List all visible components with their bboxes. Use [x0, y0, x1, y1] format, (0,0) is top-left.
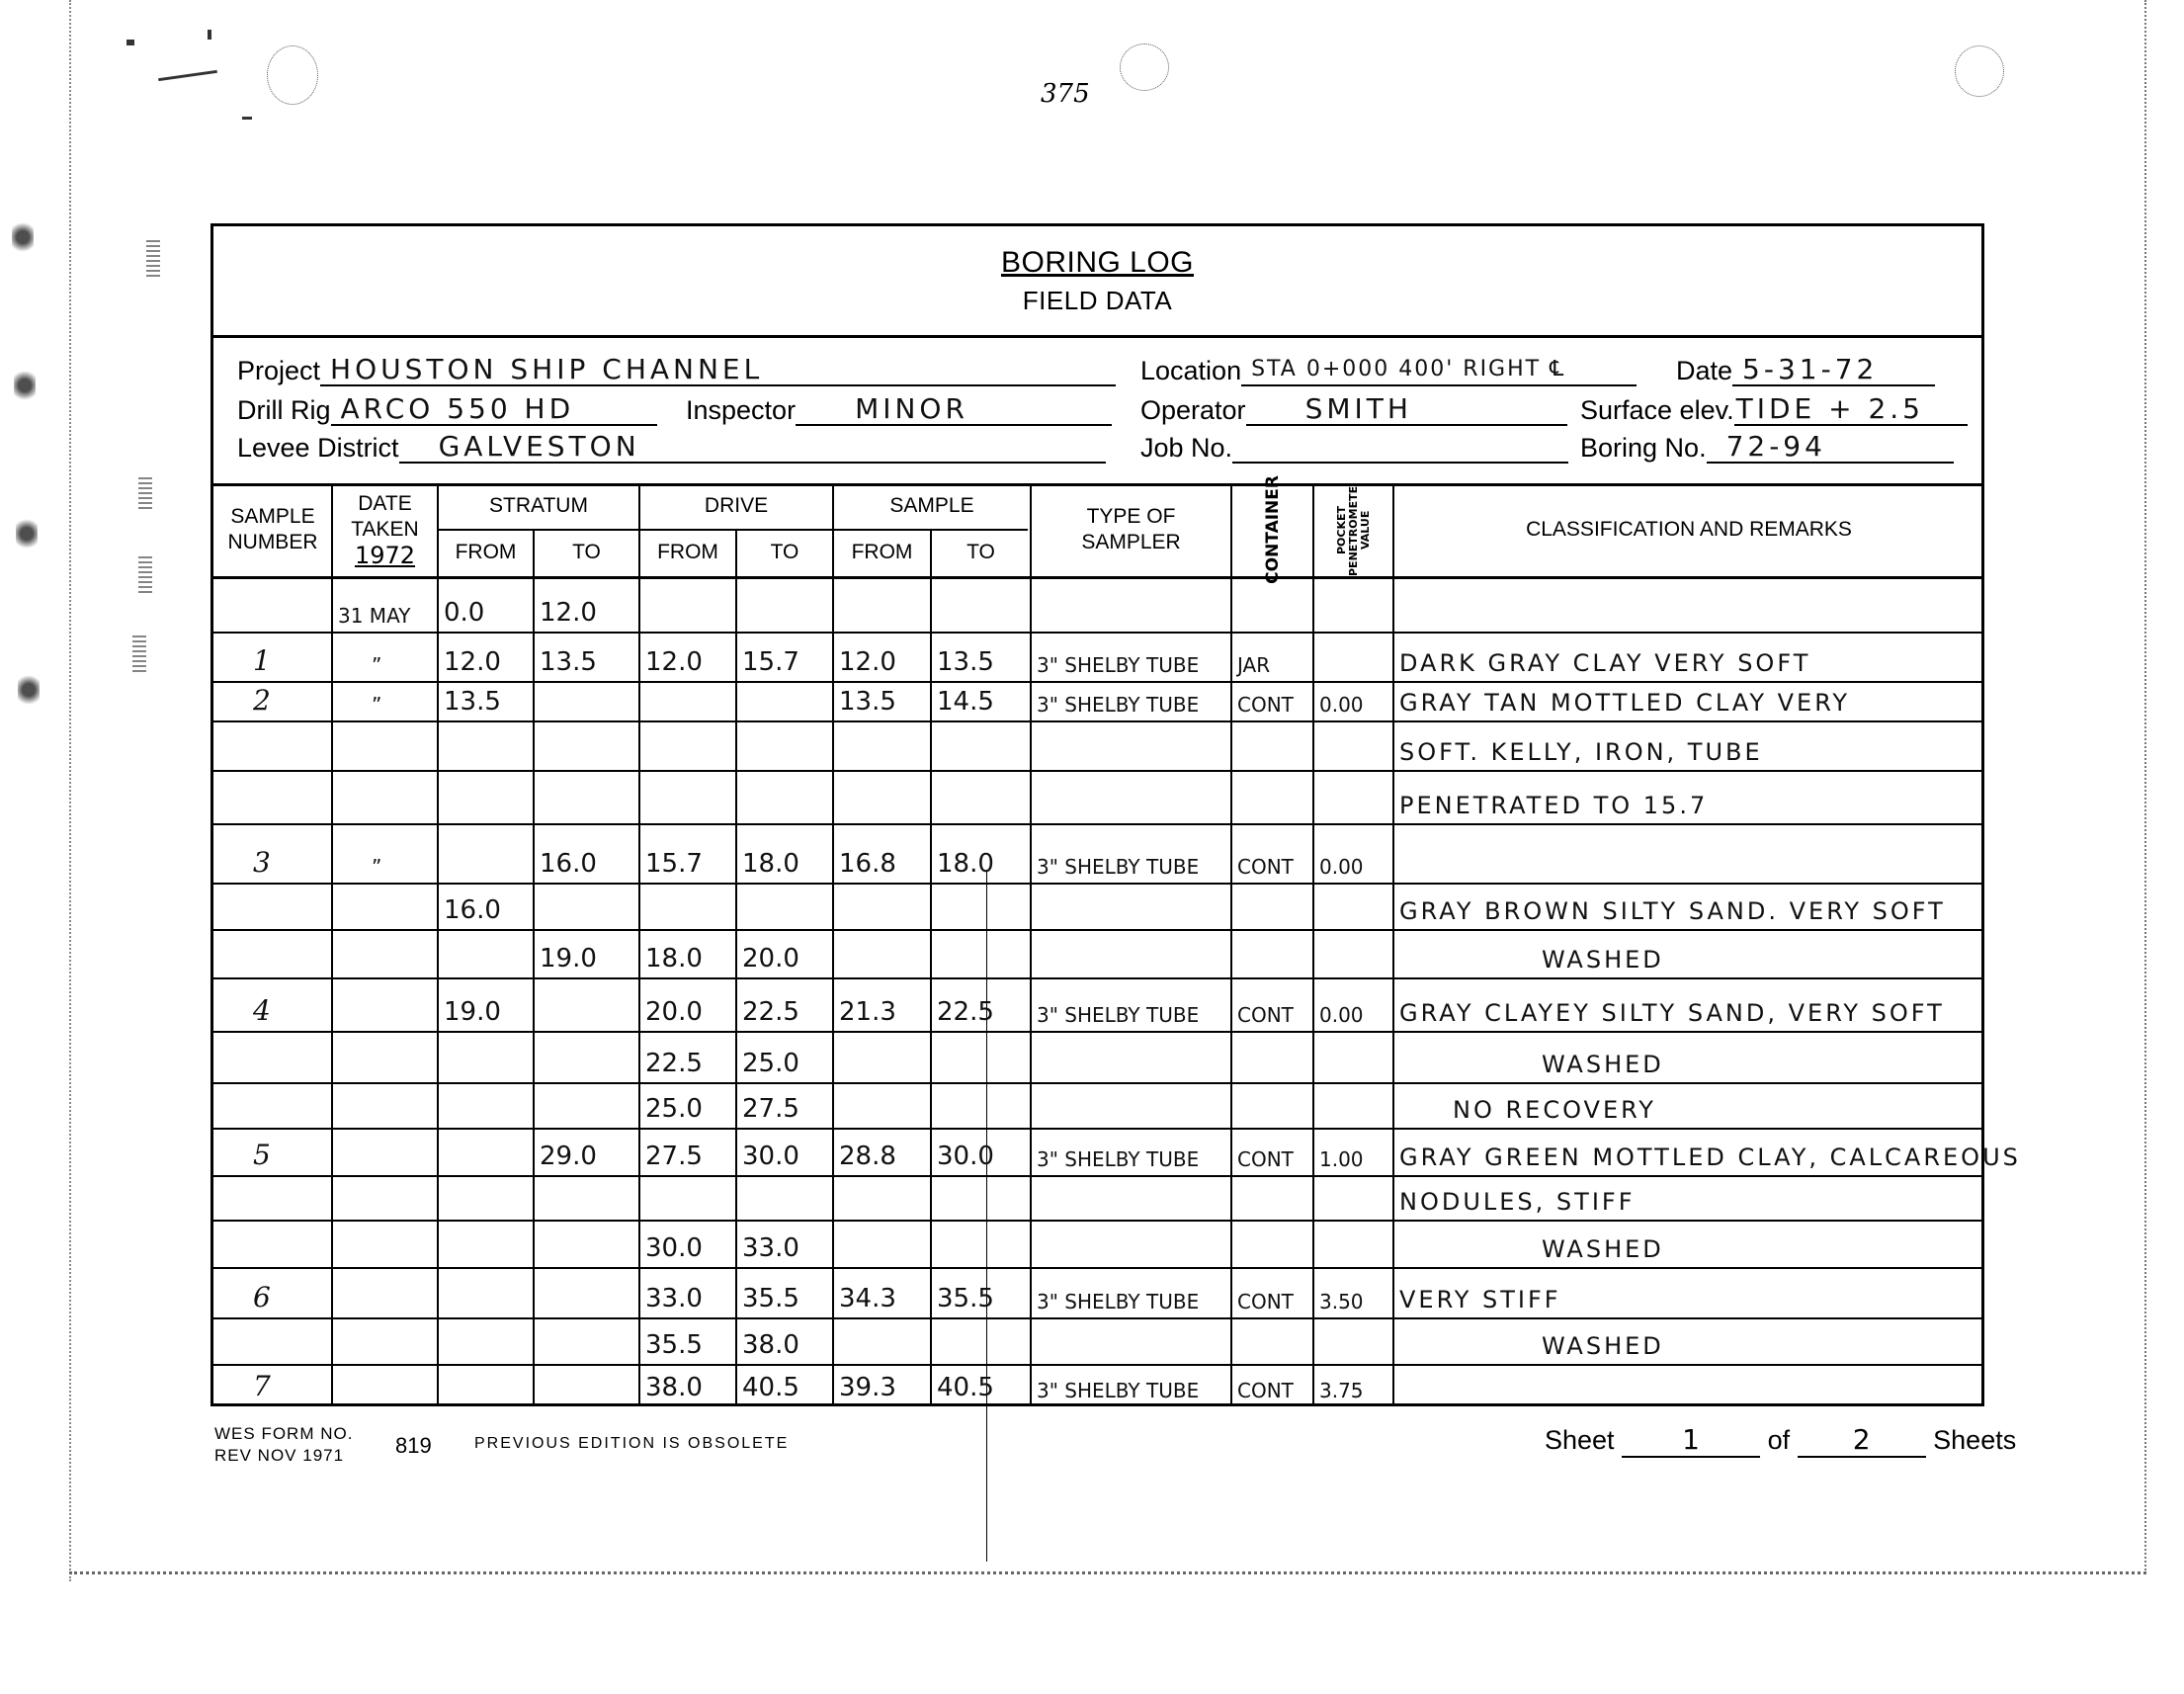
- cell-date: 31 MAY: [338, 604, 410, 628]
- drill-rig-value: ARCO 550 HD: [331, 392, 657, 426]
- levee-district-value: GALVESTON: [399, 430, 1106, 464]
- cell-drive-from: 35.5: [645, 1330, 703, 1360]
- location-value: STA 0+000 400' RIGHT ℄: [1241, 353, 1637, 386]
- scan-speck: [242, 117, 252, 120]
- binding-mark: [18, 672, 40, 708]
- cell-remarks: NODULES, STIFF: [1399, 1188, 1636, 1216]
- cell-remarks: WASHED: [1542, 946, 1664, 974]
- table-row: 633.035.534.335.53" SHELBY TUBECONT3.50V…: [213, 1267, 1984, 1317]
- cell-container: CONT: [1237, 1290, 1294, 1313]
- inspector-value: MINOR: [796, 392, 1112, 426]
- form-revision: REV NOV 1971: [214, 1445, 353, 1467]
- info-block: ProjectHOUSTON SHIP CHANNEL Drill RigARC…: [213, 335, 1981, 486]
- cell-sample-to: 14.5: [937, 687, 994, 717]
- drill-rig-field[interactable]: Drill RigARCO 550 HD: [237, 392, 657, 426]
- job-no-field[interactable]: Job No.: [1140, 430, 1568, 464]
- cell-sample-from: 34.3: [839, 1284, 896, 1313]
- cell-sample-from: 12.0: [839, 647, 896, 677]
- cell-sampler: 3" SHELBY TUBE: [1037, 653, 1199, 677]
- cell-drive-from: 22.5: [645, 1049, 703, 1078]
- cell-sample: 4: [253, 994, 271, 1027]
- cell-drive-from: 15.7: [645, 849, 703, 879]
- cell-sampler: 3" SHELBY TUBE: [1037, 1147, 1199, 1171]
- project-field[interactable]: ProjectHOUSTON SHIP CHANNEL: [237, 353, 1116, 386]
- table-row: 31 MAY0.012.0: [213, 576, 1984, 632]
- table-row: 25.027.5NO RECOVERY: [213, 1082, 1984, 1128]
- boring-no-value: 72-94: [1707, 430, 1954, 464]
- header-sample-number: SAMPLE NUMBER: [213, 483, 332, 576]
- header-drive: DRIVE: [639, 483, 833, 529]
- form-number: 819: [395, 1433, 432, 1459]
- cell-container: CONT: [1237, 1379, 1294, 1402]
- cell-pen: 0.00: [1319, 693, 1364, 717]
- cell-sample-from: 16.8: [839, 849, 896, 879]
- sheet-counter: Sheet 1 of 2 Sheets: [1545, 1423, 2016, 1458]
- surface-elev-label: Surface elev.: [1580, 395, 1734, 426]
- cell-sample-to: 30.0: [937, 1142, 994, 1171]
- cell-sampler: 3" SHELBY TUBE: [1037, 693, 1199, 717]
- table-row: 419.020.022.521.322.53" SHELBY TUBECONT0…: [213, 977, 1984, 1031]
- binding-mark: [16, 516, 38, 551]
- project-value: HOUSTON SHIP CHANNEL: [320, 353, 1116, 386]
- location-label: Location: [1140, 356, 1241, 386]
- cell-date: ”: [372, 653, 381, 677]
- cell-pen: 3.50: [1319, 1290, 1364, 1313]
- scan-stripe: [138, 474, 152, 509]
- boring-log-table: SAMPLE NUMBER DATE TAKEN 1972 STRATUM DR…: [213, 483, 1981, 1406]
- cell-drive-from: 12.0: [645, 647, 703, 677]
- surface-elev-field[interactable]: Surface elev.TIDE + 2.5: [1580, 392, 1968, 426]
- job-no-value: [1232, 430, 1568, 464]
- table-row: NODULES, STIFF: [213, 1175, 1984, 1220]
- form-title: BORING LOG: [213, 246, 1981, 280]
- surface-elev-value: TIDE + 2.5: [1734, 392, 1968, 426]
- cell-drive-from: 18.0: [645, 944, 703, 974]
- cell-remarks: GRAY TAN MOTTLED CLAY VERY: [1399, 689, 1850, 717]
- cell-sample: 7: [253, 1370, 271, 1402]
- inspector-label: Inspector: [686, 395, 796, 426]
- header-subdivider: [438, 529, 1028, 531]
- paper-edge-bottom: [69, 1571, 2146, 1574]
- header-stratum-from: FROM: [438, 529, 534, 576]
- cell-pen: 0.00: [1319, 1003, 1364, 1027]
- table-row: 19.018.020.0WASHED: [213, 929, 1984, 977]
- cell-remarks: WASHED: [1542, 1332, 1664, 1360]
- cell-sample: 3: [253, 846, 271, 879]
- cell-stratum-from: 12.0: [444, 647, 501, 677]
- levee-district-field[interactable]: Levee DistrictGALVESTON: [237, 430, 1106, 464]
- punch-hole-icon: [1120, 43, 1169, 91]
- cell-sample-from: 13.5: [839, 687, 896, 717]
- table-row: 738.040.539.340.53" SHELBY TUBECONT3.75: [213, 1364, 1984, 1406]
- header-date-taken: DATE TAKEN 1972: [332, 483, 438, 576]
- cell-drive-from: 20.0: [645, 997, 703, 1027]
- cell-drive-to: 38.0: [742, 1330, 799, 1360]
- cell-sample-from: 28.8: [839, 1142, 896, 1171]
- cell-drive-to: 35.5: [742, 1284, 799, 1313]
- date-value: 5-31-72: [1732, 353, 1935, 386]
- scan-stripe: [146, 237, 160, 277]
- cell-drive-to: 25.0: [742, 1049, 799, 1078]
- cell-remarks: NO RECOVERY: [1453, 1096, 1656, 1124]
- table-row: PENETRATED TO 15.7: [213, 770, 1984, 823]
- cell-sample: 1: [253, 644, 271, 677]
- form-title-block: BORING LOG FIELD DATA: [213, 226, 1981, 338]
- cell-sample-to: 18.0: [937, 849, 994, 879]
- cell-sampler: 3" SHELBY TUBE: [1037, 1003, 1199, 1027]
- obsolete-note: PREVIOUS EDITION IS OBSOLETE: [474, 1435, 789, 1453]
- inspector-field[interactable]: InspectorMINOR: [686, 392, 1112, 426]
- header-drive-from: FROM: [639, 529, 736, 576]
- scan-stripe: [138, 553, 152, 593]
- cell-sample-to: 22.5: [937, 997, 994, 1027]
- total-sheets-value[interactable]: 2: [1798, 1423, 1926, 1458]
- cell-sample-from: 39.3: [839, 1373, 896, 1402]
- cell-sampler: 3" SHELBY TUBE: [1037, 855, 1199, 879]
- cell-drive-to: 33.0: [742, 1233, 799, 1263]
- cell-sampler: 3" SHELBY TUBE: [1037, 1379, 1199, 1402]
- date-label: Date: [1676, 356, 1732, 386]
- cell-drive-from: 30.0: [645, 1233, 703, 1263]
- cell-date: ”: [372, 693, 381, 717]
- scan-speck: [208, 30, 211, 40]
- cell-remarks: SOFT. KELLY, IRON, TUBE: [1399, 738, 1763, 766]
- cell-stratum-from: 13.5: [444, 687, 501, 717]
- cell-sample-to: 13.5: [937, 647, 994, 677]
- cell-remarks: GRAY GREEN MOTTLED CLAY, CALCAREOUS: [1399, 1143, 2021, 1171]
- cell-drive-from: 27.5: [645, 1142, 703, 1171]
- cell-sample: 5: [253, 1139, 271, 1171]
- cell-pen: 0.00: [1319, 855, 1364, 879]
- cell-sample-from: 21.3: [839, 997, 896, 1027]
- location-field[interactable]: LocationSTA 0+000 400' RIGHT ℄: [1140, 353, 1637, 386]
- header-stratum: STRATUM: [438, 483, 639, 529]
- header-stratum-to: TO: [534, 529, 639, 576]
- scan-stripe: [132, 633, 146, 672]
- cell-remarks: DARK GRAY CLAY VERY SOFT: [1399, 649, 1810, 677]
- cell-drive-to: 40.5: [742, 1373, 799, 1402]
- punch-hole-icon: [1955, 45, 2004, 97]
- header-sample-from: FROM: [833, 529, 931, 576]
- cell-container: CONT: [1237, 1147, 1294, 1171]
- cell-sample: 2: [253, 684, 271, 717]
- cell-container: CONT: [1237, 855, 1294, 879]
- project-label: Project: [237, 356, 320, 386]
- cell-stratum-from: 19.0: [444, 997, 501, 1027]
- table-row: 2”13.513.514.53" SHELBY TUBECONT0.00GRAY…: [213, 681, 1984, 720]
- header-drive-to: TO: [736, 529, 833, 576]
- paper-edge-right: [2144, 0, 2146, 1573]
- cell-sampler: 3" SHELBY TUBE: [1037, 1290, 1199, 1313]
- form-no-label: WES FORM NO.: [214, 1423, 353, 1445]
- cell-sample-to: 35.5: [937, 1284, 994, 1313]
- scan-speck: [158, 70, 217, 81]
- boring-no-field[interactable]: Boring No.72-94: [1580, 430, 1954, 464]
- cell-remarks: PENETRATED TO 15.7: [1399, 792, 1708, 819]
- table-row: 16.0GRAY BROWN SILTY SAND. VERY SOFT: [213, 883, 1984, 929]
- of-label: of: [1768, 1425, 1791, 1455]
- header-sample-to: TO: [931, 529, 1031, 576]
- sheet-label: Sheet: [1545, 1425, 1615, 1455]
- table-row: 3”16.015.718.016.818.03" SHELBY TUBECONT…: [213, 823, 1984, 883]
- table-row: 1”12.013.512.015.712.013.53" SHELBY TUBE…: [213, 632, 1984, 681]
- header-pocket-penetrometer: POCKET PENETROMETER VALUE: [1313, 483, 1393, 576]
- sheet-value[interactable]: 1: [1622, 1423, 1760, 1458]
- job-no-label: Job No.: [1140, 433, 1232, 464]
- table-row: 529.027.530.028.830.03" SHELBY TUBECONT1…: [213, 1128, 1984, 1175]
- header-sample: SAMPLE: [833, 483, 1031, 529]
- header-container: CONTAINER: [1231, 483, 1313, 576]
- table-row: SOFT. KELLY, IRON, TUBE: [213, 720, 1984, 770]
- cell-container: JAR: [1237, 653, 1270, 677]
- cell-drive-from: 38.0: [645, 1373, 703, 1402]
- header-type-of-sampler: TYPE OF SAMPLER: [1031, 483, 1231, 576]
- operator-label: Operator: [1140, 395, 1246, 426]
- punch-hole-icon: [267, 45, 318, 105]
- cell-sample: 6: [253, 1281, 271, 1313]
- cell-drive-from: 33.0: [645, 1284, 703, 1313]
- cell-drive-to: 22.5: [742, 997, 799, 1027]
- header-classification: CLASSIFICATION AND REMARKS: [1393, 483, 1984, 576]
- cell-drive-from: 25.0: [645, 1094, 703, 1124]
- cell-stratum-from: 16.0: [444, 895, 501, 925]
- cell-remarks: GRAY BROWN SILTY SAND. VERY SOFT: [1399, 897, 1946, 925]
- cell-stratum-to: 16.0: [540, 849, 597, 879]
- boring-no-label: Boring No.: [1580, 433, 1707, 464]
- form-subtitle: FIELD DATA: [213, 286, 1981, 316]
- cell-container: CONT: [1237, 693, 1294, 717]
- binding-mark: [14, 368, 36, 403]
- scan-speck: [126, 40, 134, 45]
- paper-edge-left: [69, 0, 71, 1581]
- cell-drive-to: 27.5: [742, 1094, 799, 1124]
- cell-drive-to: 15.7: [742, 647, 799, 677]
- cell-remarks: WASHED: [1542, 1235, 1664, 1263]
- date-field[interactable]: Date5-31-72: [1676, 353, 1935, 386]
- table-row: 35.538.0WASHED: [213, 1317, 1984, 1364]
- cell-drive-to: 18.0: [742, 849, 799, 879]
- levee-district-label: Levee District: [237, 433, 399, 464]
- operator-value: SMITH: [1246, 392, 1567, 426]
- binding-mark: [12, 219, 34, 255]
- boring-log-form: BORING LOG FIELD DATA ProjectHOUSTON SHI…: [210, 223, 1984, 1406]
- cell-date: ”: [372, 855, 381, 879]
- operator-field[interactable]: OperatorSMITH: [1140, 392, 1567, 426]
- cell-pen: 3.75: [1319, 1379, 1364, 1402]
- cell-stratum-to: 19.0: [540, 944, 597, 974]
- cell-stratum-from: 0.0: [444, 598, 484, 628]
- cell-stratum-to: 29.0: [540, 1142, 597, 1171]
- cell-remarks: WASHED: [1542, 1051, 1664, 1078]
- cell-container: CONT: [1237, 1003, 1294, 1027]
- cell-stratum-to: 12.0: [540, 598, 597, 628]
- cell-pen: 1.00: [1319, 1147, 1364, 1171]
- date-year: 1972: [355, 543, 415, 568]
- sheets-label: Sheets: [1933, 1425, 2016, 1455]
- table-row: 30.033.0WASHED: [213, 1220, 1984, 1267]
- drill-rig-label: Drill Rig: [237, 395, 331, 426]
- cell-remarks: GRAY CLAYEY SILTY SAND, VERY SOFT: [1399, 999, 1945, 1027]
- cell-sample-to: 40.5: [937, 1373, 994, 1402]
- table-row: 22.525.0WASHED: [213, 1031, 1984, 1082]
- cell-stratum-to: 13.5: [540, 647, 597, 677]
- cell-remarks: VERY STIFF: [1399, 1286, 1561, 1313]
- handwritten-page-number: 375: [1041, 79, 1090, 109]
- form-number-block: WES FORM NO. REV NOV 1971: [214, 1423, 353, 1467]
- cell-drive-to: 20.0: [742, 944, 799, 974]
- cell-drive-to: 30.0: [742, 1142, 799, 1171]
